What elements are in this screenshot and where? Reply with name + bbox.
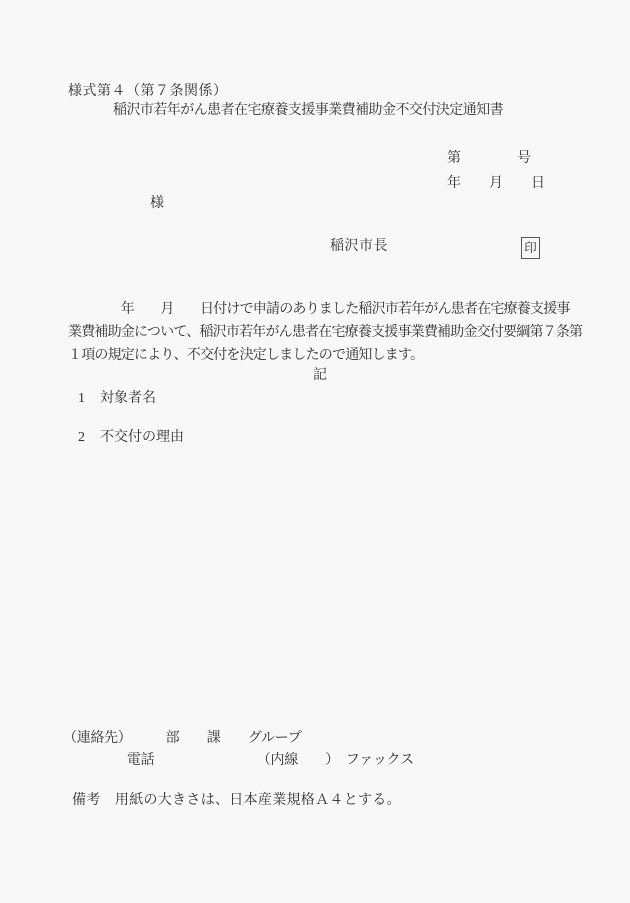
item-label: 不交付の理由	[100, 430, 184, 445]
record-marker: 記	[68, 368, 572, 385]
item-number: 1	[78, 391, 100, 408]
sender-title: 稲沢市長	[330, 239, 388, 256]
page-title: 稲沢市若年がん患者在宅療養支援事業費補助金不交付決定通知書	[113, 103, 503, 120]
seal-placeholder-box: 印	[521, 237, 540, 259]
document-page: 様式第４（第７条関係） 稲沢市若年がん患者在宅療養支援事業費補助金不交付決定通知…	[0, 0, 630, 903]
list-item-refusal-reason: 2不交付の理由	[78, 430, 184, 447]
contact-line-department: （連絡先） 部 課 グループ	[63, 731, 301, 748]
contact-line-phone-text: 電話 （内線 ） ファックス	[127, 753, 414, 768]
list-item-target-name: 1対象者名	[78, 391, 156, 408]
recipient-honorific: 様	[150, 196, 164, 213]
remarks-note: 備考 用紙の大きさは、日本産業規格Ａ４とする。	[72, 793, 401, 810]
item-number: 2	[78, 430, 100, 447]
item-label: 対象者名	[100, 391, 156, 406]
form-number: 様式第４（第７条関係）	[68, 84, 228, 101]
contact-line-phone: 電話 （内線 ） ファックス	[72, 753, 414, 770]
reference-number-line: 第 号	[447, 151, 531, 168]
date-line: 年 月 日	[447, 176, 545, 193]
notification-body: 年 月 日付けで申請のありました稲沢市若年がん患者在宅療養支援事 業費補助金につ…	[68, 298, 582, 368]
